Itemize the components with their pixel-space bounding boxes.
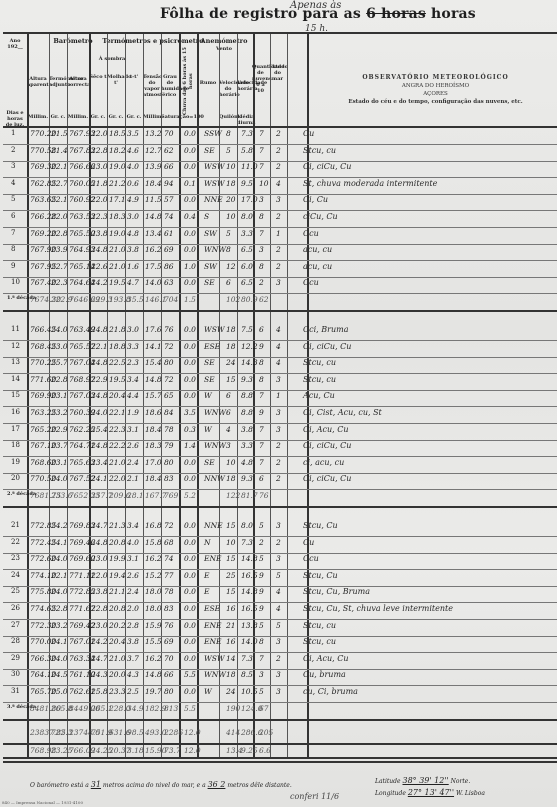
cell-mol: 19.0 (109, 162, 126, 171)
cell-mol: 20.4 (109, 637, 126, 646)
cell-vel: 190 (226, 704, 240, 713)
remarks-column-header: Estado do céu e do tempo, configuração d… (348, 98, 523, 106)
cell-mol: 21.1 (109, 587, 126, 596)
cell-hum: 74 (164, 554, 174, 563)
cell-vel: 5 (226, 229, 231, 238)
cell-seco: 22.0 (91, 129, 108, 138)
cell-vel: 18 (226, 342, 236, 351)
cell-vel: 4 (226, 425, 231, 434)
cell-mar: 3 (276, 375, 281, 384)
cell-seco: 22.3 (91, 212, 108, 221)
cell-vel: 18 (226, 325, 236, 334)
latitude-line: Latitude 38° 39' 12'' Norte. (375, 776, 470, 785)
cell-dif: 1.6 (127, 262, 139, 271)
cell-dif: 4.8 (127, 229, 139, 238)
cell-mar: 5 (276, 571, 281, 580)
termo-unit: Gr. c. (107, 114, 125, 120)
cell-vel: 15 (226, 521, 236, 530)
cell-vel: 18 (226, 474, 236, 483)
cell-tadj: 23.1 (51, 458, 68, 467)
cell-tadj: 22.1 (51, 162, 68, 171)
cell-seco: 23.0 (91, 554, 108, 563)
cell-mar: 2 (276, 212, 281, 221)
cell-nuv: 7 (259, 162, 264, 171)
cell-dif: 2.0 (127, 604, 139, 613)
header-a-sombra: À sombra (97, 56, 127, 62)
cell-velh: 7.3 (241, 538, 253, 547)
cell-mar: 2 (276, 262, 281, 271)
cell-chuva: 0.0 (184, 129, 196, 138)
cell-mar: 1 (276, 391, 281, 400)
day-number: 23 (11, 554, 20, 562)
cell-nuv: 8 (259, 637, 264, 646)
cell-rumo: SE (204, 375, 215, 384)
register-sheet: Fôlha de registro para as 6 horas horas … (0, 0, 557, 807)
observatory-stamp: OBSERVATÓRIO METEOROLÓGICO ANGRA DO HERO… (348, 74, 523, 106)
cell-nuv: 67 (259, 704, 269, 713)
cell-vel: 24 (226, 358, 236, 367)
cell-tens: 11.5 (145, 195, 162, 204)
termo-unit: Millim. (143, 114, 161, 120)
baro-unit: Millim. (27, 114, 49, 120)
signature: conferi 11/6 (290, 792, 339, 801)
cell-mar: 2 (276, 458, 281, 467)
header-vento: Vento (199, 46, 249, 52)
cell-mar: 2 (276, 474, 281, 483)
cell-seco: 24.2 (91, 637, 108, 646)
cell-seco: 22.1 (91, 342, 108, 351)
cell-hum: 62 (164, 146, 174, 155)
title-suffix: horas (431, 6, 476, 22)
cell-vel: 24 (226, 687, 236, 696)
cell-vel: 21 (226, 621, 236, 630)
cell-velh: 14.8 (241, 587, 258, 596)
cell-seco: 23.0 (91, 621, 108, 630)
cell-vel: 6 (226, 278, 231, 287)
cell-remark: Stcu, Cu, Bruma (303, 587, 370, 596)
title-struck: 6 horas (366, 6, 426, 22)
cell-velh: 14.0 (241, 637, 258, 646)
cell-seco: 22.9 (91, 375, 108, 384)
cell-nuv: 9 (259, 342, 264, 351)
baro-col-header: Altura correcta (67, 76, 89, 88)
cell-remark: cu, Ci, bruma (303, 687, 358, 696)
cell-velh: 3.3 (241, 441, 253, 450)
lon-label: Longitude (375, 790, 406, 797)
cell-dif: 2.4 (127, 458, 139, 467)
cell-remark: Ccu (303, 278, 319, 287)
cell-velh: 5.8 (241, 146, 253, 155)
cell-velh: 16.5 (241, 604, 258, 613)
cell-velh: 4.8 (241, 458, 253, 467)
cell-seco: 24.8 (91, 358, 108, 367)
cell-mar: 4 (276, 325, 281, 334)
cell-seco: 24.8 (91, 391, 108, 400)
cell-tadj: 23.9 (51, 245, 68, 254)
cell-hum: 69 (164, 245, 174, 254)
cell-mol: 22.3 (109, 425, 126, 434)
cell-dif: 3.1 (127, 554, 139, 563)
cell-velh: 7.3 (241, 654, 253, 663)
cell-nuv: 6 (259, 325, 264, 334)
cell-tens: 14.1 (145, 342, 162, 351)
cell-velh: 8.0 (241, 212, 253, 221)
day-number: 30 (11, 670, 20, 678)
cell-tadj: 24.1 (51, 637, 68, 646)
cell-rumo: SE (204, 146, 215, 155)
day-number: 22 (11, 538, 20, 546)
cell-remark: Cu, bruma (303, 670, 346, 679)
cell-dif: 4.7 (127, 278, 139, 287)
cell-mol: 20.4 (109, 391, 126, 400)
cell-dif: 2.1 (127, 474, 139, 483)
cell-tadj: 24.1 (51, 538, 68, 547)
cell-seco: 21.8 (91, 179, 108, 188)
cell-tadj: 24.0 (51, 654, 68, 663)
cell-dif: 2.3 (127, 358, 139, 367)
cell-mol: 19.0 (109, 229, 126, 238)
cell-seco: 24.1 (91, 474, 108, 483)
cell-vel: 6 (226, 408, 231, 417)
cell-seco: 24.7 (91, 654, 108, 663)
day-number: 13 (11, 358, 20, 366)
cell-hum: 66 (164, 670, 174, 679)
cell-chuva: 0.0 (184, 375, 196, 384)
cell-remark: ciCu, Cu (303, 212, 338, 221)
cell-dif: 3.8 (127, 637, 139, 646)
vento-col-header: Velocidade horária (237, 80, 253, 92)
cell-tens: 13.2 (145, 129, 162, 138)
vento-unit: Média diurna (237, 114, 253, 126)
cell-hum: 72 (164, 521, 174, 530)
stamp-title: OBSERVATÓRIO METEOROLÓGICO (348, 74, 523, 82)
cell-mar: 2 (276, 146, 281, 155)
cell-mar: 4 (276, 179, 281, 188)
cell-tens: 14.8 (145, 375, 162, 384)
cell-remark: Ci, Cist, Acu, cu, St (303, 408, 382, 417)
cell-hum: 94 (164, 179, 174, 188)
cell-hum: 77 (164, 571, 174, 580)
cell-seco: 23.8 (91, 229, 108, 238)
cell-dif: 2.5 (127, 687, 139, 696)
header-termometros: Termómetros e psicrómetro (98, 38, 208, 44)
cell-hum: 72 (164, 375, 174, 384)
day-number: 16 (11, 408, 20, 416)
cell-mar: 3 (276, 687, 281, 696)
day-number: 12 (11, 342, 20, 350)
cell-chuva: 0.0 (184, 654, 196, 663)
cell-seco: 22.0 (91, 195, 108, 204)
cell-tens: 15.8 (145, 538, 162, 547)
termo-unit: Gr. c. (125, 114, 143, 120)
cell-tens: 16.8 (145, 521, 162, 530)
cell-tadj: 24.0 (51, 554, 68, 563)
cell-hum: 63 (164, 278, 174, 287)
day-number: 17 (11, 425, 20, 433)
cell-tadj: 22.8 (51, 604, 68, 613)
cell-nuv: 3 (259, 670, 264, 679)
cell-nuv: 7 (259, 654, 264, 663)
cell-vel: 102 (226, 295, 240, 304)
decade-summary-row: 3.ª década8481.80265.88449.00265.1228.03… (3, 701, 557, 721)
cell-tadj: 24.0 (51, 587, 68, 596)
cell-tadj: 23.7 (51, 441, 68, 450)
cell-tens: 14.0 (145, 278, 162, 287)
cell-hum: 704 (164, 295, 178, 304)
cell-mol: 20.2 (109, 621, 126, 630)
cell-chuva: 0.0 (184, 604, 196, 613)
cell-remark: Ccu (303, 229, 319, 238)
cell-tens: 14.8 (145, 212, 162, 221)
cell-rumo: SW (204, 229, 217, 238)
cell-mar: 2 (276, 129, 281, 138)
cell-dif: 4.4 (127, 391, 139, 400)
cell-tens: 16.2 (145, 654, 162, 663)
cell-rumo: WSW (204, 654, 225, 663)
cell-velh: 9.5 (241, 179, 253, 188)
baro-unit: Millim. (67, 114, 89, 120)
cell-tadj: 22.7 (51, 262, 68, 271)
cell-rumo: ENE (204, 554, 222, 563)
cell-seco: 23.0 (91, 162, 108, 171)
cell-vel: 18 (226, 670, 236, 679)
cell-chuva: 0.0 (184, 342, 196, 351)
cell-remark: ci, acu, cu (303, 458, 344, 467)
cell-remark: Stcu, cu (303, 375, 336, 384)
day-number: 25 (11, 587, 20, 595)
day-number: 15 (11, 391, 20, 399)
cell-rumo: NNW (204, 474, 225, 483)
day-number: 8 (11, 245, 15, 253)
cell-rumo: ENE (204, 621, 222, 630)
cell-remark: Stcu, cu (303, 358, 336, 367)
cell-chuva: 0.0 (184, 391, 196, 400)
day-number: 4 (11, 179, 15, 187)
cell-chuva: 0.0 (184, 637, 196, 646)
cell-vel: 16 (226, 604, 236, 613)
cell-dif: 3.4 (127, 375, 139, 384)
cell-tens: 12.7 (145, 146, 162, 155)
cell-rumo: WNW (204, 670, 226, 679)
cell-hum: 74 (164, 212, 174, 221)
cell-dif: 4.0 (127, 162, 139, 171)
longitude-line: Longitude 27° 13' 47'' W. Lisboa (375, 788, 485, 797)
cell-vel: 15 (226, 375, 236, 384)
cell-hum: 80 (164, 358, 174, 367)
cell-velh: 9.3 (241, 474, 253, 483)
cell-tadj: 24.5 (51, 670, 68, 679)
cell-mol: 23.3 (109, 687, 126, 696)
cell-mol: 20.0 (109, 670, 126, 679)
cell-velh: 10.5 (241, 687, 258, 696)
cell-mol: 22.0 (109, 474, 126, 483)
cell-chuva: 0.0 (184, 458, 196, 467)
year-label: Ano 192__ (5, 38, 25, 50)
cell-remark: Ci, ciCu, Cu (303, 342, 351, 351)
cell-nuv: 8 (259, 212, 264, 221)
cell-dif: 3.8 (127, 245, 139, 254)
cell-rumo: W (204, 391, 212, 400)
cell-mol: 18.5 (109, 129, 126, 138)
cell-chuva: 1.0 (184, 262, 196, 271)
cell-nuv: 3 (259, 195, 264, 204)
cell-seco: 24.8 (91, 245, 108, 254)
cell-rumo: WNW (204, 441, 226, 450)
cell-rumo: SE (204, 458, 215, 467)
cell-hum: 79 (164, 441, 174, 450)
cell-hum: 78 (164, 587, 174, 596)
cell-velh: 8.8 (241, 408, 253, 417)
cell-mar: 3 (276, 670, 281, 679)
cell-tadj: 22.1 (51, 195, 68, 204)
cell-mol: 20.8 (109, 604, 126, 613)
cell-dif: 2.4 (127, 587, 139, 596)
cell-hum: 83 (164, 604, 174, 613)
cell-rumo: SSW (204, 129, 222, 138)
cell-hum: 70 (164, 654, 174, 663)
cell-tens: 18.0 (145, 587, 162, 596)
cell-mol: 18.8 (109, 342, 126, 351)
cell-seco: 25.8 (91, 687, 108, 696)
cell-nuv: 8 (259, 375, 264, 384)
cell-rumo: SE (204, 358, 215, 367)
cell-velh: 16.5 (241, 571, 258, 580)
stamp-city: ANGRA DO HEROÍSMO (348, 82, 523, 90)
cell-dif: 3.7 (127, 654, 139, 663)
cell-tens: 17.6 (145, 325, 162, 334)
cell-mol: 19.4 (109, 571, 126, 580)
cell-mol: 22.2 (109, 441, 126, 450)
cell-velh: 8.5 (241, 670, 253, 679)
cell-mar: 3 (276, 554, 281, 563)
cell-nuv: 3 (259, 245, 264, 254)
cell-mol: 17.1 (109, 195, 126, 204)
decade-summary-row: 1.ª década7674.30222.97646.69229.3193.83… (3, 292, 557, 312)
cell-hum: 57 (164, 195, 174, 204)
cell-tadj: 25.7 (51, 358, 68, 367)
cell-tadj: 23.1 (51, 391, 68, 400)
cell-tadj: 24.0 (51, 474, 68, 483)
cell-tadj: 22.8 (51, 375, 68, 384)
cell-mar: 4 (276, 587, 281, 596)
cell-chuva: 3.5 (184, 408, 196, 417)
cell-vel: 15 (226, 554, 236, 563)
cell-velh: 7.5 (241, 325, 253, 334)
cell-dif: 2.6 (127, 441, 139, 450)
cell-chuva: 0.0 (184, 474, 196, 483)
cell-velh: 3.8 (241, 425, 253, 434)
header-chuva: Chuva das 6 horas às 15 horas (182, 46, 196, 116)
cell-remark: Ci, Cu (303, 195, 328, 204)
cell-chuva: 0.0 (184, 521, 196, 530)
cell-dif: 28.1 (127, 491, 144, 500)
termo-col-header: t-t' (125, 74, 143, 80)
cell-nuv: 7 (259, 458, 264, 467)
termo-col-header: Sêco t (89, 74, 107, 80)
cell-hum: 72 (164, 342, 174, 351)
cell-nuv: 7 (259, 146, 264, 155)
cell-vel: 16 (226, 637, 236, 646)
cell-tadj: 23.0 (51, 342, 68, 351)
cell-chuva: 0.4 (184, 212, 196, 221)
cell-nuv: 8 (259, 358, 264, 367)
day-number: 6 (11, 212, 15, 220)
cell-dif: 2.8 (127, 621, 139, 630)
cell-mol: 21.0 (109, 458, 126, 467)
cell-mar: 2 (276, 245, 281, 254)
termo-col-header: Tensão do vapor atmosférico (143, 74, 161, 98)
cell-seco: 24.8 (91, 538, 108, 547)
cell-mar: 1 (276, 229, 281, 238)
cell-hum: 80 (164, 458, 174, 467)
cell-chuva: 0.0 (184, 229, 196, 238)
termo-col-header: Grau de humidade (161, 74, 179, 92)
header-anemometro: Anemómetro (199, 38, 249, 44)
cell-rumo: SW (204, 262, 217, 271)
stamp-region: AÇORES (348, 90, 523, 98)
cell-rumo: WSW (204, 325, 225, 334)
cell-tadj: 22.9 (51, 425, 68, 434)
cell-hum: 69 (164, 637, 174, 646)
cell-dif: 3.0 (127, 325, 139, 334)
cell-nuv: 7 (259, 441, 264, 450)
cell-velh: 8.8 (241, 391, 253, 400)
cell-chuva: 0.0 (184, 587, 196, 596)
cell-vel: 15 (226, 587, 236, 596)
cell-mar: 2 (276, 441, 281, 450)
lat-value: 38° 39' 12'' (402, 776, 448, 785)
day-number: 26 (11, 604, 20, 612)
cell-tadj: 21.5 (51, 129, 68, 138)
day-number: 24 (11, 571, 20, 579)
cell-hum: 2286 (164, 728, 183, 737)
cell-rumo: N (204, 538, 211, 547)
cell-remark: Stcu, Cu (303, 521, 338, 530)
vento-unit: Quilóm. (219, 114, 237, 120)
cell-velh: 80.9 (241, 295, 258, 304)
cell-remark: Ci, ciCu, Cu (303, 162, 351, 171)
cell-chuva: 0.0 (184, 245, 196, 254)
cell-chuva: 0.0 (184, 554, 196, 563)
cell-mol: 22.1 (109, 408, 126, 417)
cell-tadj: 21.4 (51, 146, 68, 155)
cell-nuv: 205 (259, 728, 273, 737)
cell-hum: 80 (164, 687, 174, 696)
cell-mol: 21.3 (109, 521, 126, 530)
cell-chuva: 0.0 (184, 325, 196, 334)
lon-value: 27° 13' 47'' (408, 788, 454, 797)
cell-nuv: 5 (259, 554, 264, 563)
cell-velh: 9.3 (241, 375, 253, 384)
cell-remark: Ci, Acu, Cu (303, 425, 349, 434)
cell-chuva: 0.0 (184, 687, 196, 696)
cell-chuva: 5.5 (184, 704, 196, 713)
cell-nuv: 7 (259, 425, 264, 434)
cell-tens: 16.2 (145, 245, 162, 254)
cell-rumo: W (204, 425, 212, 434)
cell-mol: 19.5 (109, 375, 126, 384)
day-number: 31 (11, 687, 20, 695)
cell-tadj: 23.2 (51, 408, 68, 417)
day-number: 18 (11, 441, 20, 449)
cell-chuva: 1.5 (184, 295, 196, 304)
cell-remark: Ci, ciCu, Cu (303, 441, 351, 450)
cell-tens: 19.7 (145, 687, 162, 696)
title-handwritten: Apenas às (290, 0, 341, 11)
day-number: 1 (11, 129, 15, 137)
cell-hum: 73.7 (164, 746, 181, 755)
cell-mol: 19.9 (109, 554, 126, 563)
